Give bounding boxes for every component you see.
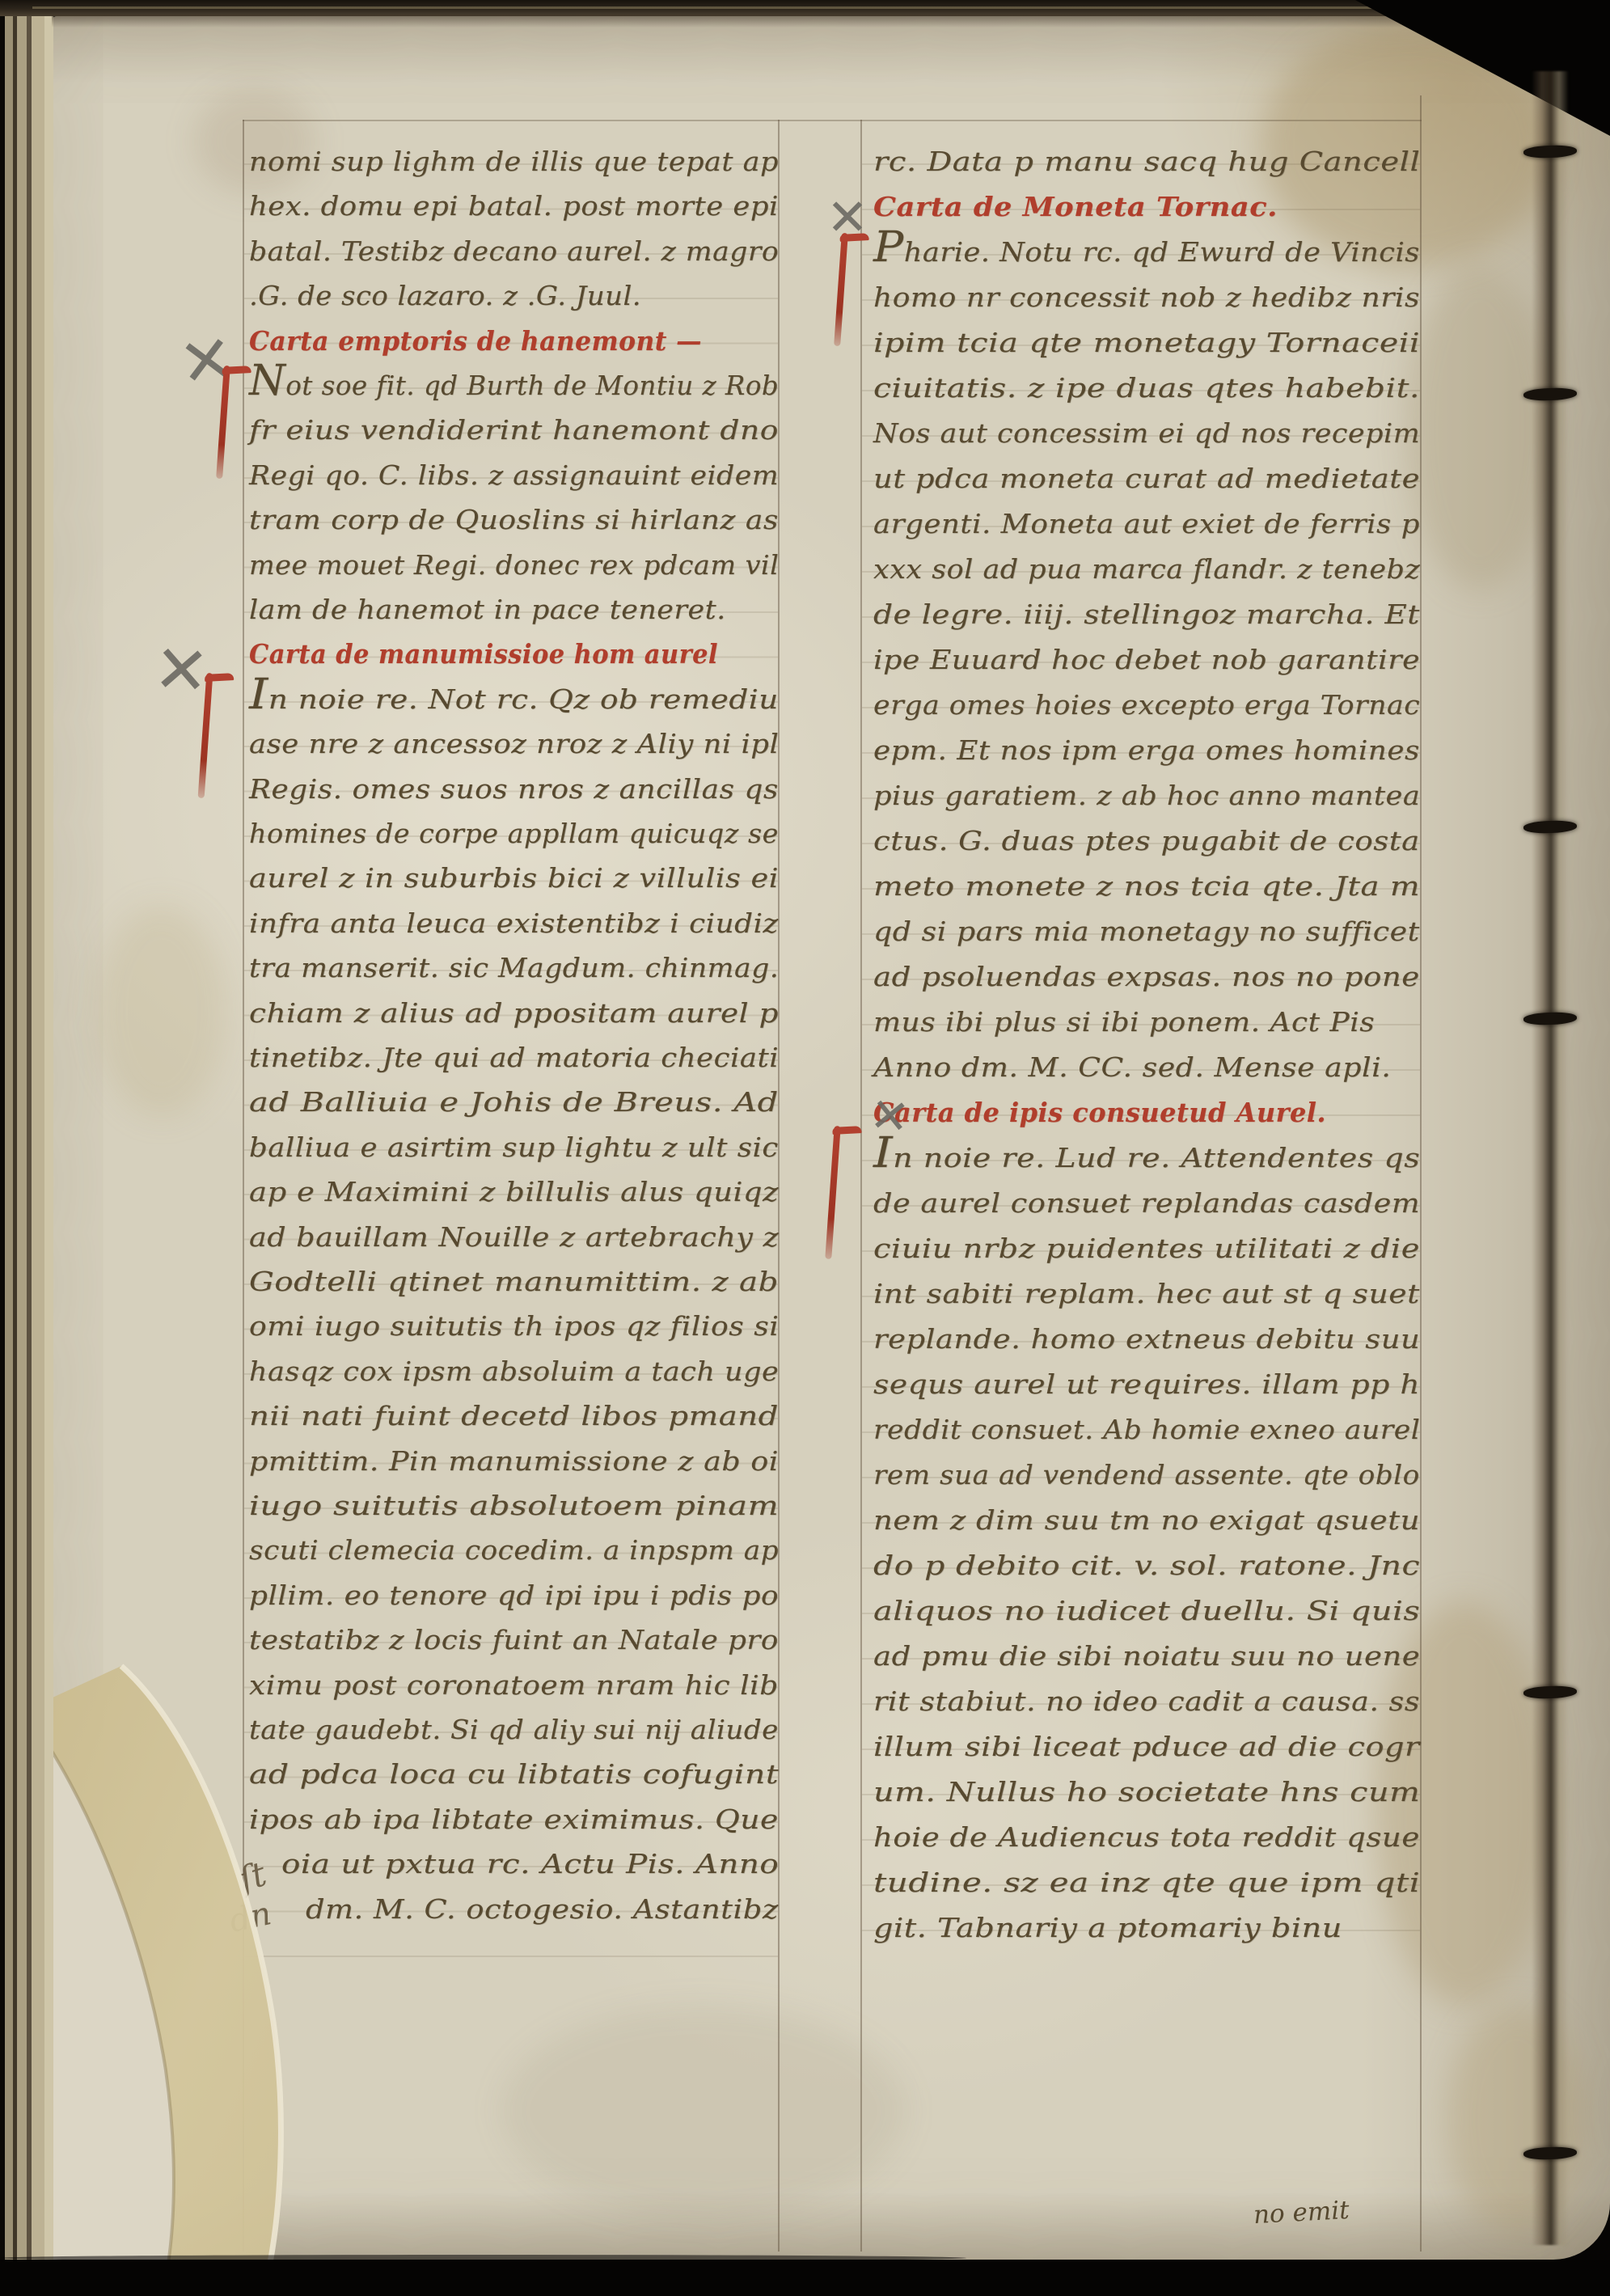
text-line: iugo suitutis absolutoem pinam [249,1483,779,1528]
text-line: lam de hanemot in pace teneret. [249,587,726,632]
ruling-right-column-left [860,120,862,2252]
text-line: tinetibz. Jte qui ad matoria checiati [249,1035,779,1080]
leaf-edge [5,11,13,2276]
text-line: Anno dm. M. CC. sed. Mense apli. [873,1045,1391,1089]
text-line: rem sua ad vendend assente. qte oblo [873,1452,1420,1497]
text-line: Godtelli qtinet manumittim. z ab [249,1259,779,1304]
text-line: um. Nullus ho societate hns cum [873,1770,1420,1814]
text-line: balliua e asirtim sup lightu z ult sic [249,1125,779,1169]
text-line: nomi sup lighm de illis que tepat ap [249,139,779,184]
text-line: tudine. sz ea inz qte que ipm qti [873,1860,1420,1905]
text-line: Regi qo. C. libs. z assignauint eidem [249,453,779,497]
text-line: aurel z in suburbis bici z villulis ei [249,856,779,900]
text-line: ipim tcia qte monetagy Tornaceii [873,320,1420,365]
text-line: Regis. omes suos nros z ancillas qs [249,767,779,811]
text-line: erga omes hoies excepto erga Tornac [873,683,1420,727]
text-line: ase nre z ancessoz nroz z Aliy ni ipl [249,721,779,766]
text-line: pius garatiem. z ab hoc anno mantea [873,773,1420,818]
text-line: meto monete z nos tcia qte. Jta m [873,864,1420,908]
paragraph-initial: I [873,1129,893,1178]
text-line: sequs aurel ut requires. illam pp h [873,1362,1420,1406]
text-line: fr eius vendiderint hanemont dno [249,408,779,452]
text-line: chiam z alius ad ppositam aurel p [249,991,779,1035]
text-line: de legre. iiij. stellingoz marcha. Et [873,592,1420,636]
text-line: tram corp de Quoslins si hirlanz as [249,497,779,542]
ruling-right-column-right [1420,95,1422,2252]
paragraph-initial: P [873,223,904,272]
margin-note-bottom: no emit [1253,2196,1350,2230]
text-line: rit stabiut. no ideo cadit a causa. ss [873,1679,1420,1723]
top-edge-shadow [52,15,1610,27]
text-line: In noie re. Not rc. Qz ob remediu [249,677,779,721]
leaf-edge [32,11,44,2276]
text-line: mus ibi plus si ibi ponem. Act Pis [873,1000,1375,1044]
text-line: do p debito cit. v. sol. ratone. Jnc [873,1543,1420,1588]
text-line: ciuiu nrbz puidentes utilitati z die [873,1226,1420,1271]
text-line: omi iugo suitutis th ipos qz filios si [249,1304,779,1348]
page-curl [0,1634,518,2296]
text-line: ap e Maximini z billulis alus quiqz [249,1169,779,1214]
rubric-heading: Carta de manumissioe hom aurel [249,632,718,676]
text-line: scuti clemecia cocedim. a inpspm ap [249,1528,779,1572]
text-line: ctus. G. duas ptes pugabit de costa [873,818,1420,863]
text-line: epm. Et nos ipm erga omes homines [873,728,1420,772]
text-line: argenti. Moneta aut exiet de ferris p [873,501,1420,546]
text-line: xxx sol ad pua marca flandr. z tenebz [873,547,1420,591]
ruling-top-line [243,120,1422,121]
text-line: Nos aut concessim ei qd nos recepim [873,411,1420,455]
text-line: ut pdca moneta curat ad medietate [873,456,1420,501]
text-line: aliquos no iudicet duellu. Si quis [873,1588,1420,1633]
text-line: homo nr concessit nob z hedibz nris [873,275,1420,319]
text-line: reddit consuet. Ab homie exneo aurel [873,1407,1420,1452]
fore-edge-stack [0,0,53,2296]
text-line: illum sibi liceat pduce ad die cogr [873,1724,1420,1769]
text-line: ipe Euuard hoc debet nob garantire [873,637,1420,682]
text-line: hex. domu epi batal. post morte epi [249,184,779,228]
text-line: pmittim. Pin manumissione z ab oi [249,1439,779,1483]
rubric-heading: Carta de Moneta Tornac. [873,184,1278,229]
paragraph-initial: I [249,670,268,719]
text-line: batal. Testibz decano aurel. z magro [249,229,779,273]
text-line: pllim. eo tenore qd ipi ipu i pdis po [249,1573,779,1617]
text-line: mee mouet Regi. donec rex pdcam vil [249,543,779,587]
leaf-edge [44,11,53,2276]
text-line: qd si pars mia monetagy no sufficet [873,909,1420,953]
text-line: tra manserit. sic Magdum. chinmag. [249,945,779,990]
text-line: ad pmu die sibi noiatu suu no uene [873,1634,1420,1678]
text-line: Not soe fit. qd Burth de Montiu z Rob [249,363,779,408]
text-line: ad bauillam Nouille z artebrachy z [249,1215,779,1259]
text-line: nem z dim suu tm no exigat qsuetu [873,1498,1420,1542]
text-line: int sabiti replam. hec aut st q suet [873,1271,1420,1316]
text-line: git. Tabnariy a ptomariy binu [873,1905,1342,1950]
text-line: infra anta leuca existentibz i ciudiz [249,901,779,945]
text-line: ad psoluendas expsas. nos no pone [873,954,1420,999]
text-line: .G. de sco lazaro. z .G. Juul. [249,273,641,318]
text-line: replande. homo extneus debitu suu [873,1317,1420,1361]
leaf-edge [17,11,27,2276]
text-line: homines de corpe appllam quicuqz se [249,811,779,856]
rubric-heading: Carta emptoris de hanemont — [249,319,702,363]
text-line: ciuitatis. z ipe duas qtes habebit. [873,366,1420,410]
text-line: In noie re. Lud re. Attendentes qs [873,1135,1420,1180]
text-line: ad Balliuia e Johis de Breus. Ad [249,1080,779,1124]
text-line: rc. Data p manu sacq hug Cancell [873,139,1420,184]
bottom-background [0,2260,1610,2296]
text-line: nii nati fuint decetd libos pmand [249,1393,779,1438]
text-line: hasqz cox ipsm absoluim a tach uge [249,1349,779,1393]
paragraph-initial: N [249,357,285,405]
text-line: Pharie. Notu rc. qd Ewurd de Vincis [873,230,1420,274]
rubric-heading: Carta de ipis consuetud Aurel. [873,1090,1326,1135]
text-line: de aurel consuet replandas casdem [873,1181,1420,1225]
text-line: hoie de Audiencus tota reddit qsue [873,1815,1420,1859]
